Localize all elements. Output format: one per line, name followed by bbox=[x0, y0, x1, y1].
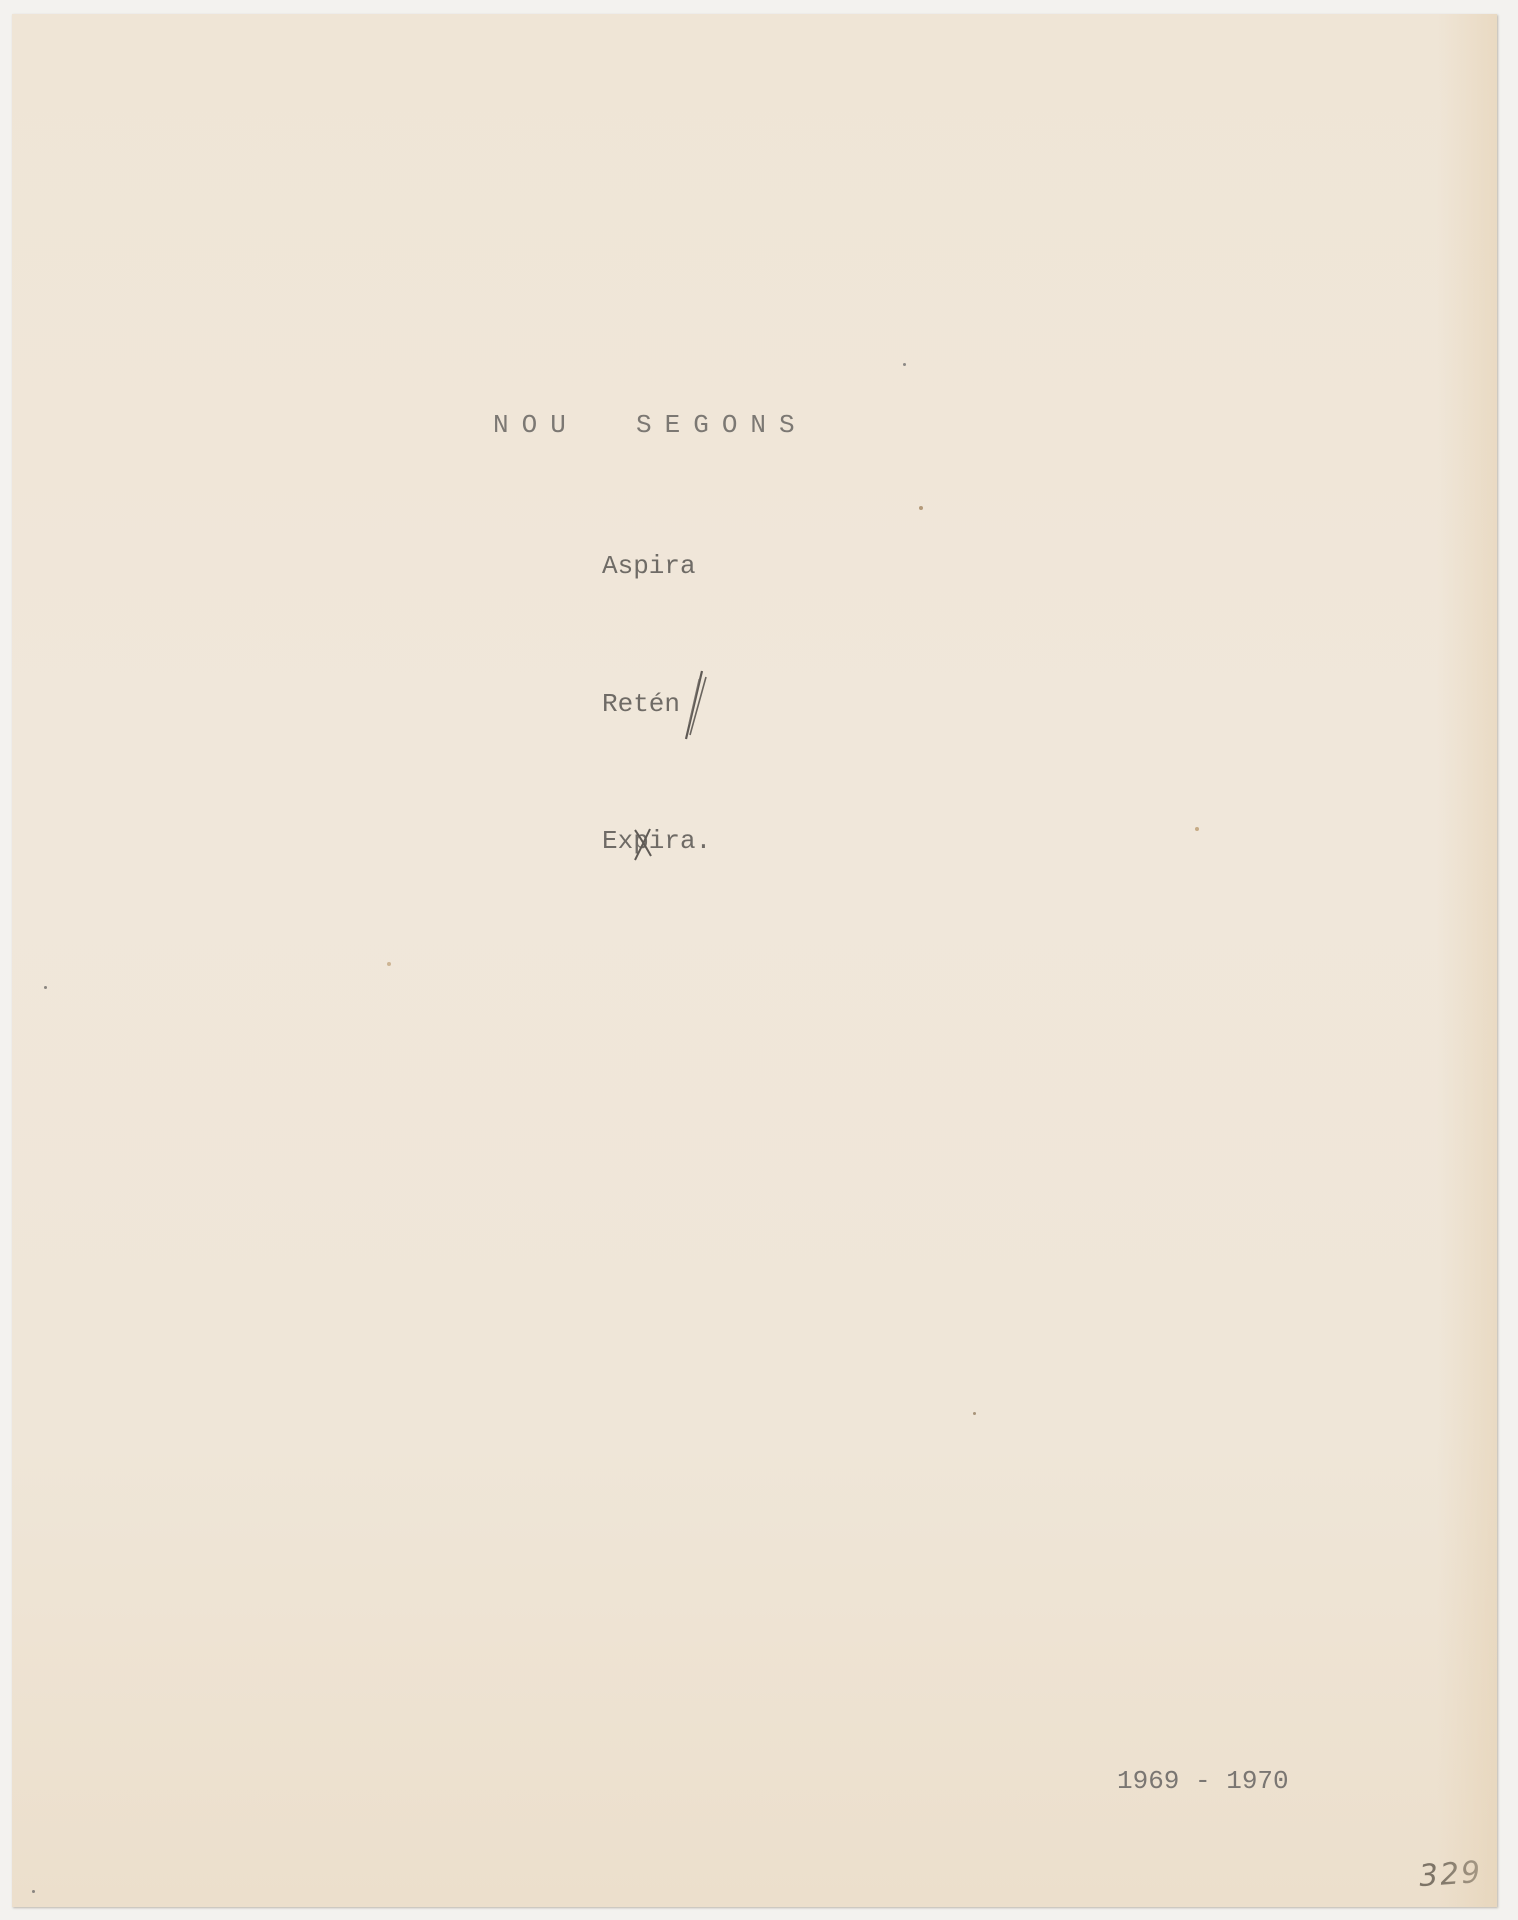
verse-line-aspira: Aspira bbox=[602, 551, 696, 581]
paper-speck bbox=[32, 1890, 35, 1893]
paper-speck bbox=[44, 986, 47, 989]
paper-sheet: NOU SEGONS Aspira Retén Expira. 1969 - 1… bbox=[12, 14, 1497, 1907]
paper-speck bbox=[387, 962, 391, 966]
pencil-strikethrough-mark bbox=[680, 669, 708, 741]
verse-line-reten: Retén bbox=[602, 689, 680, 719]
paper-speck bbox=[903, 363, 906, 366]
paper-speck bbox=[973, 1412, 976, 1415]
date-range: 1969 - 1970 bbox=[1117, 1766, 1289, 1796]
verse-line-expira: Expira. bbox=[602, 826, 711, 856]
document-title: NOU SEGONS bbox=[493, 410, 808, 440]
handwritten-folio-number: 329 bbox=[1418, 1855, 1484, 1894]
paper-speck bbox=[919, 506, 923, 510]
paper-speck bbox=[1195, 827, 1199, 831]
